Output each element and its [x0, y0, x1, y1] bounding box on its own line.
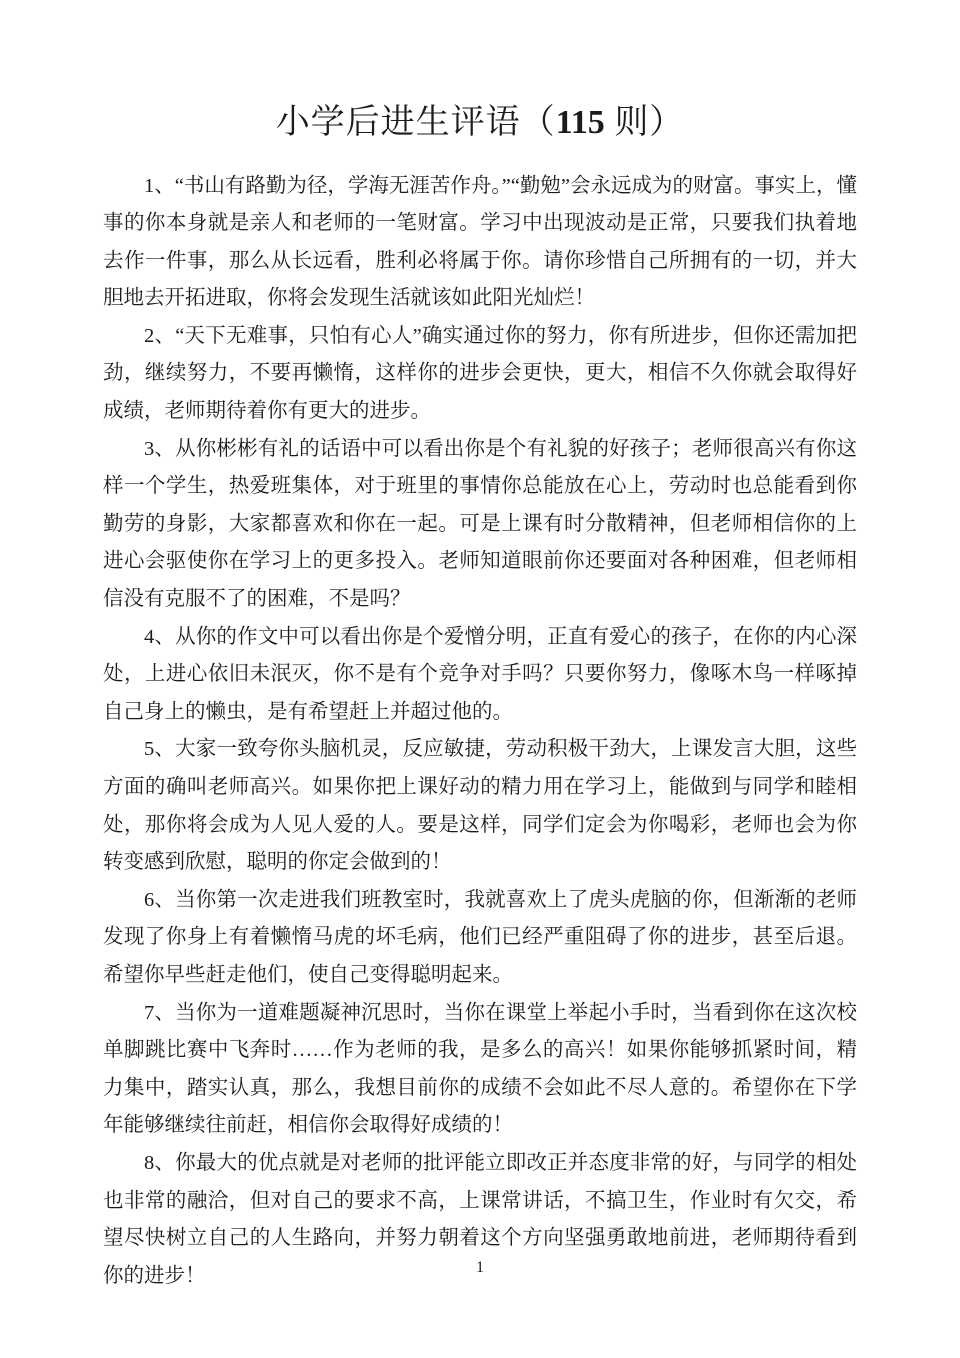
page-number: 1 — [0, 1258, 960, 1278]
paragraph-2: 2、“天下无难事，只怕有心人”确实通过你的努力，你有所进步，但你还需加把劲，继续… — [103, 318, 857, 431]
paragraph-1: 1、“书山有路勤为径，学海无涯苦作舟。”“勤勉”会永远成为的财富。事实上，懂事的… — [103, 168, 857, 318]
paragraph-3: 3、从你彬彬有礼的话语中可以看出你是个有礼貌的好孩子；老师很高兴有你这样一个学生… — [103, 431, 857, 619]
paragraph-5: 5、大家一致夸你头脑机灵，反应敏捷，劳动积极干劲大，上课发言大胆，这些方面的确叫… — [103, 731, 857, 881]
document-body: 1、“书山有路勤为径，学海无涯苦作舟。”“勤勉”会永远成为的财富。事实上，懂事的… — [103, 168, 857, 1296]
document-page: 小学后进生评语（115 则） 1、“书山有路勤为径，学海无涯苦作舟。”“勤勉”会… — [0, 0, 960, 1358]
paragraph-4: 4、从你的作文中可以看出你是个爱憎分明，正直有爱心的孩子，在你的内心深处，上进心… — [103, 619, 857, 732]
paragraph-7: 7、当你为一道难题凝神沉思时，当你在课堂上举起小手时，当看到你在这次校单脚跳比赛… — [103, 995, 857, 1145]
document-title-suffix: 则） — [605, 104, 685, 141]
document-title: 小学后进生评语（115 则） — [0, 0, 960, 145]
document-title-text: 小学后进生评语（ — [276, 104, 556, 141]
paragraph-6: 6、当你第一次走进我们班教室时，我就喜欢上了虎头虎脑的你，但渐渐的老师发现了你身… — [103, 882, 857, 995]
document-title-count: 115 — [556, 104, 605, 141]
